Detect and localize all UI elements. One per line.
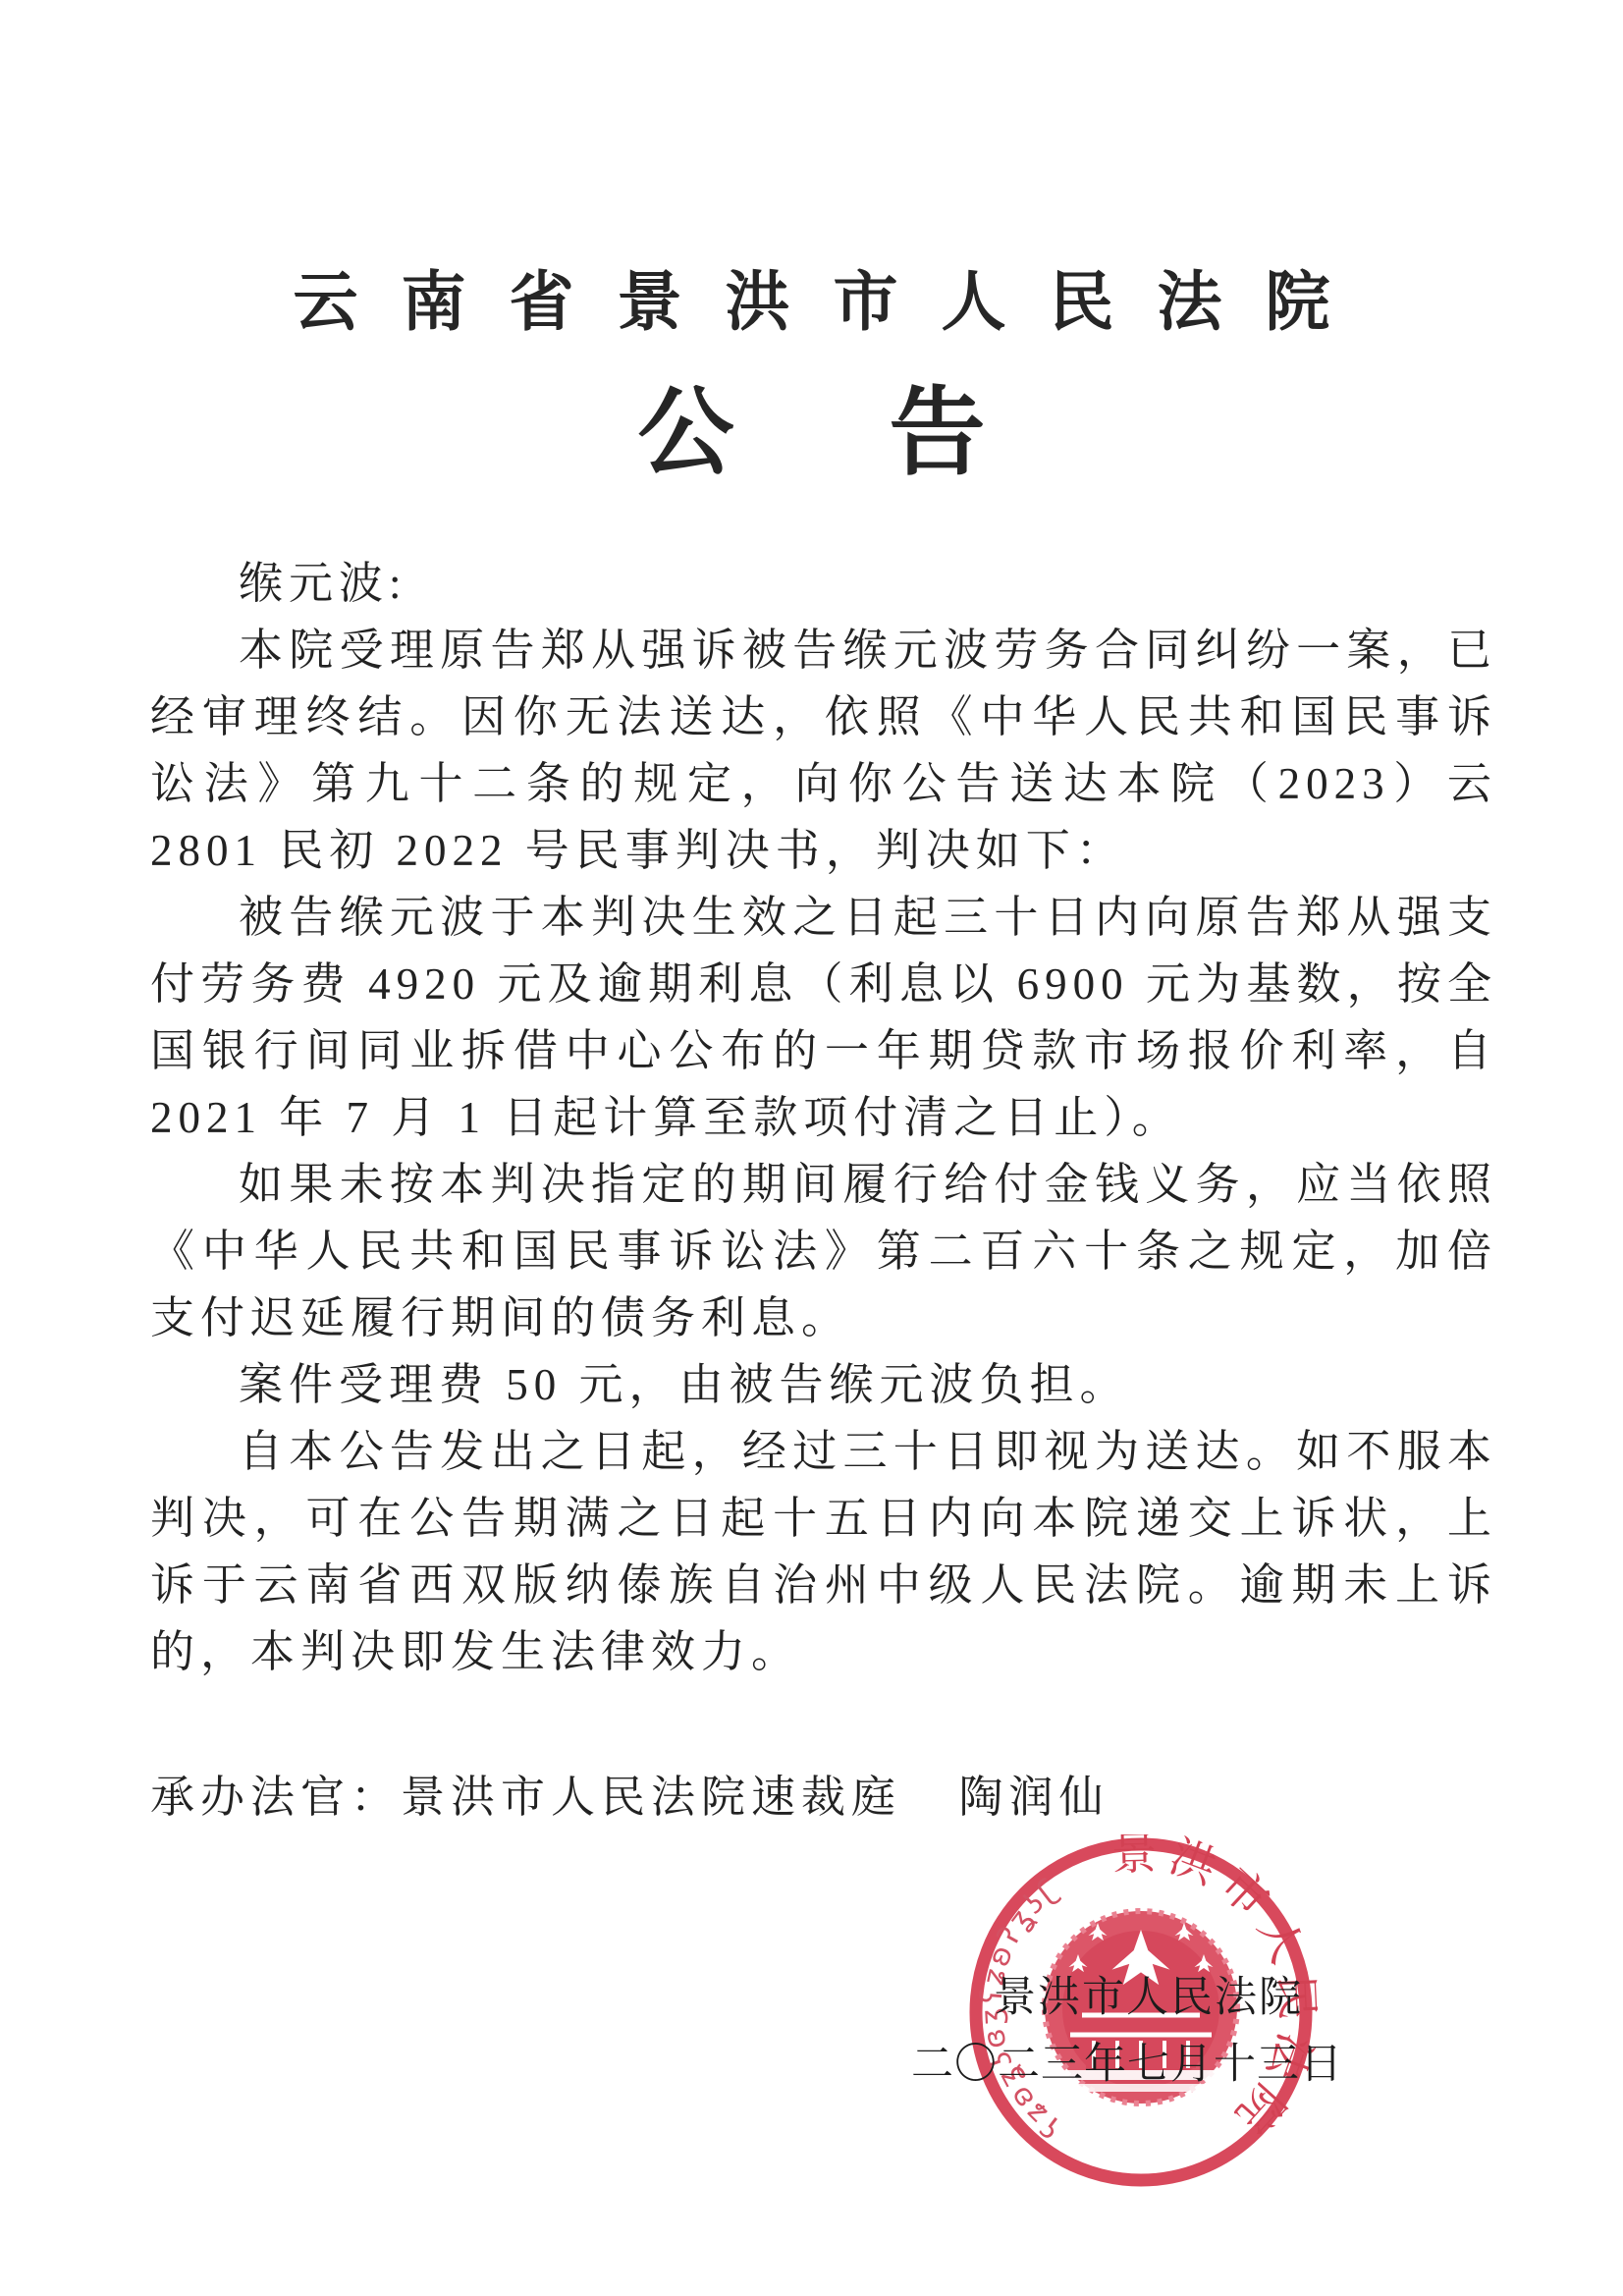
signature-date: 二〇二三年七月十三日 — [911, 2031, 1343, 2091]
judge-line: 承办法官：景洪市人民法院速裁庭陶润仙 — [150, 1764, 1497, 1831]
salutation-line: 缑元波: — [150, 550, 1497, 617]
page-title-doc-type: 公告 — [0, 355, 1623, 494]
signature-court-name: 景洪市人民法院 — [994, 1964, 1303, 2024]
paragraph-case-intro: 本院受理原告郑从强诉被告缑元波劳务合同纠纷一案，已经审理终结。因你无法送达，依照… — [150, 617, 1497, 884]
announcement-body: 缑元波: 本院受理原告郑从强诉被告缑元波劳务合同纠纷一案，已经审理终结。因你无法… — [150, 550, 1497, 1831]
paragraph-case-fee: 案件受理费 50 元，由被告缑元波负担。 — [150, 1351, 1497, 1418]
judge-label: 承办法官： — [150, 1773, 401, 1822]
paragraph-appeal-terms: 自本公告发出之日起，经过三十日即视为送达。如不服本判决，可在公告期满之日起十五日… — [150, 1418, 1497, 1685]
paragraph-judgment-payment: 被告缑元波于本判决生效之日起三十日内向原告郑从强支付劳务费 4920 元及逾期利… — [150, 884, 1497, 1151]
paragraph-late-interest: 如果未按本判决指定的期间履行给付金钱义务，应当依照《中华人民共和国民事诉讼法》第… — [150, 1151, 1497, 1351]
judge-court: 景洪市人民法院速裁庭 — [401, 1773, 901, 1822]
page-title-court-name: 云南省景洪市人民法院 — [0, 249, 1623, 343]
court-announcement-page: 云南省景洪市人民法院 公告 缑元波: 本院受理原告郑从强诉被告缑元波劳务合同纠纷… — [0, 0, 1623, 2296]
judge-name: 陶润仙 — [959, 1773, 1109, 1822]
